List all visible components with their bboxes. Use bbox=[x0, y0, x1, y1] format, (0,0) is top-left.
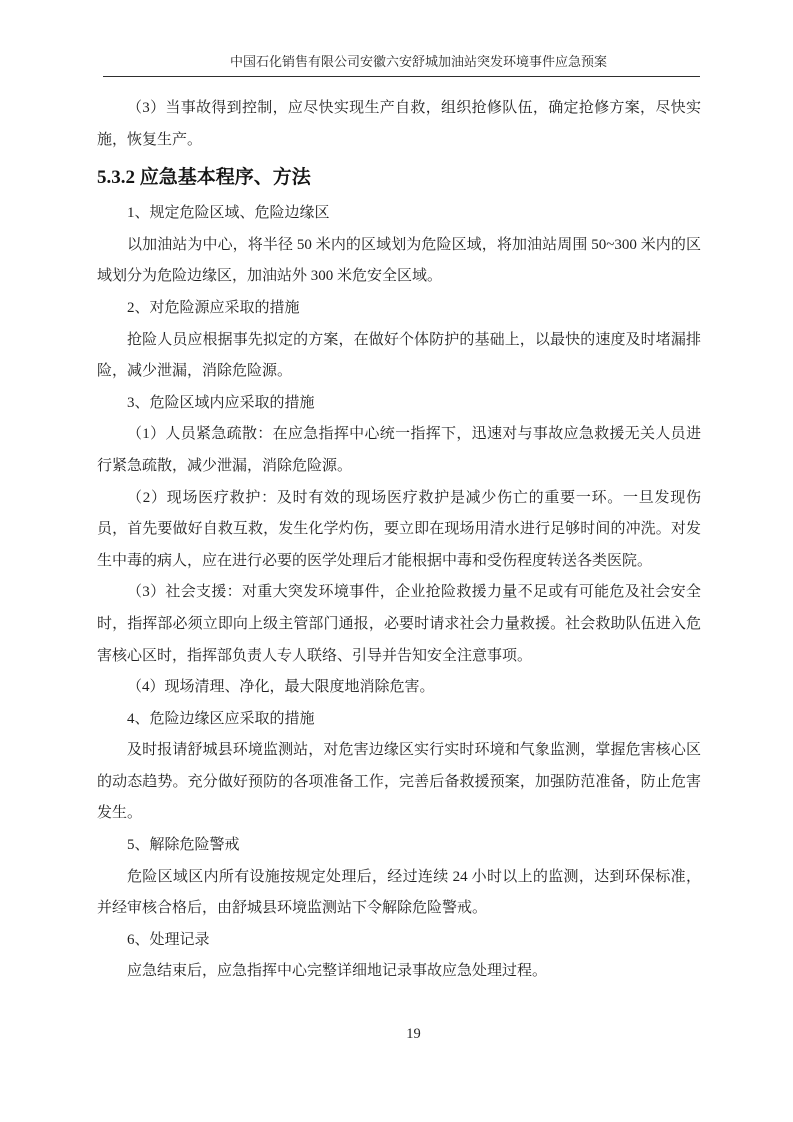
page-number: 19 bbox=[97, 1026, 700, 1043]
paragraph: （3）当事故得到控制，应尽快实现生产自救，组织抢修队伍，确定抢修方案，尽快实施，… bbox=[97, 93, 701, 156]
list-item-heading: 5、解除危险警戒 bbox=[97, 830, 701, 862]
paragraph: （2）现场医疗救护：及时有效的现场医疗救护是减少伤亡的重要一环。一旦发现伤员，首… bbox=[97, 483, 701, 578]
document-page: 中国石化销售有限公司安徽六安舒城加油站突发环境事件应急预案 （3）当事故得到控制… bbox=[0, 0, 793, 1122]
paragraph: （4）现场清理、净化，最大限度地消除危害。 bbox=[97, 672, 701, 704]
paragraph: 及时报请舒城县环境监测站，对危害边缘区实行实时环境和气象监测，掌握危害核心区的动… bbox=[97, 735, 701, 830]
header-divider bbox=[103, 76, 700, 77]
paragraph: 应急结束后，应急指挥中心完整详细地记录事故应急处理过程。 bbox=[97, 956, 701, 988]
section-heading: 5.3.2 应急基本程序、方法 bbox=[97, 159, 701, 196]
list-item-heading: 4、危险边缘区应采取的措施 bbox=[97, 704, 701, 736]
paragraph: （1）人员紧急疏散：在应急指挥中心统一指挥下，迅速对与事故应急救援无关人员进行紧… bbox=[97, 419, 701, 482]
page-header-title: 中国石化销售有限公司安徽六安舒城加油站突发环境事件应急预案 bbox=[97, 51, 700, 70]
list-item-heading: 6、处理记录 bbox=[97, 925, 701, 957]
paragraph: 抢险人员应根据事先拟定的方案，在做好个体防护的基础上，以最快的速度及时堵漏排险，… bbox=[97, 325, 701, 388]
list-item-heading: 1、规定危险区域、危险边缘区 bbox=[97, 198, 701, 230]
paragraph: （3）社会支援：对重大突发环境事件，企业抢险救援力量不足或有可能危及社会安全时，… bbox=[97, 577, 701, 672]
list-item-heading: 3、危险区域内应采取的措施 bbox=[97, 388, 701, 420]
paragraph: 危险区域区内所有设施按规定处理后，经过连续 24 小时以上的监测，达到环保标准，… bbox=[97, 862, 701, 925]
document-body: （3）当事故得到控制，应尽快实现生产自救，组织抢修队伍，确定抢修方案，尽快实施，… bbox=[97, 93, 701, 988]
list-item-heading: 2、对危险源应采取的措施 bbox=[97, 293, 701, 325]
paragraph: 以加油站为中心，将半径 50 米内的区域划为危险区域，将加油站周围 50~300… bbox=[97, 230, 701, 293]
